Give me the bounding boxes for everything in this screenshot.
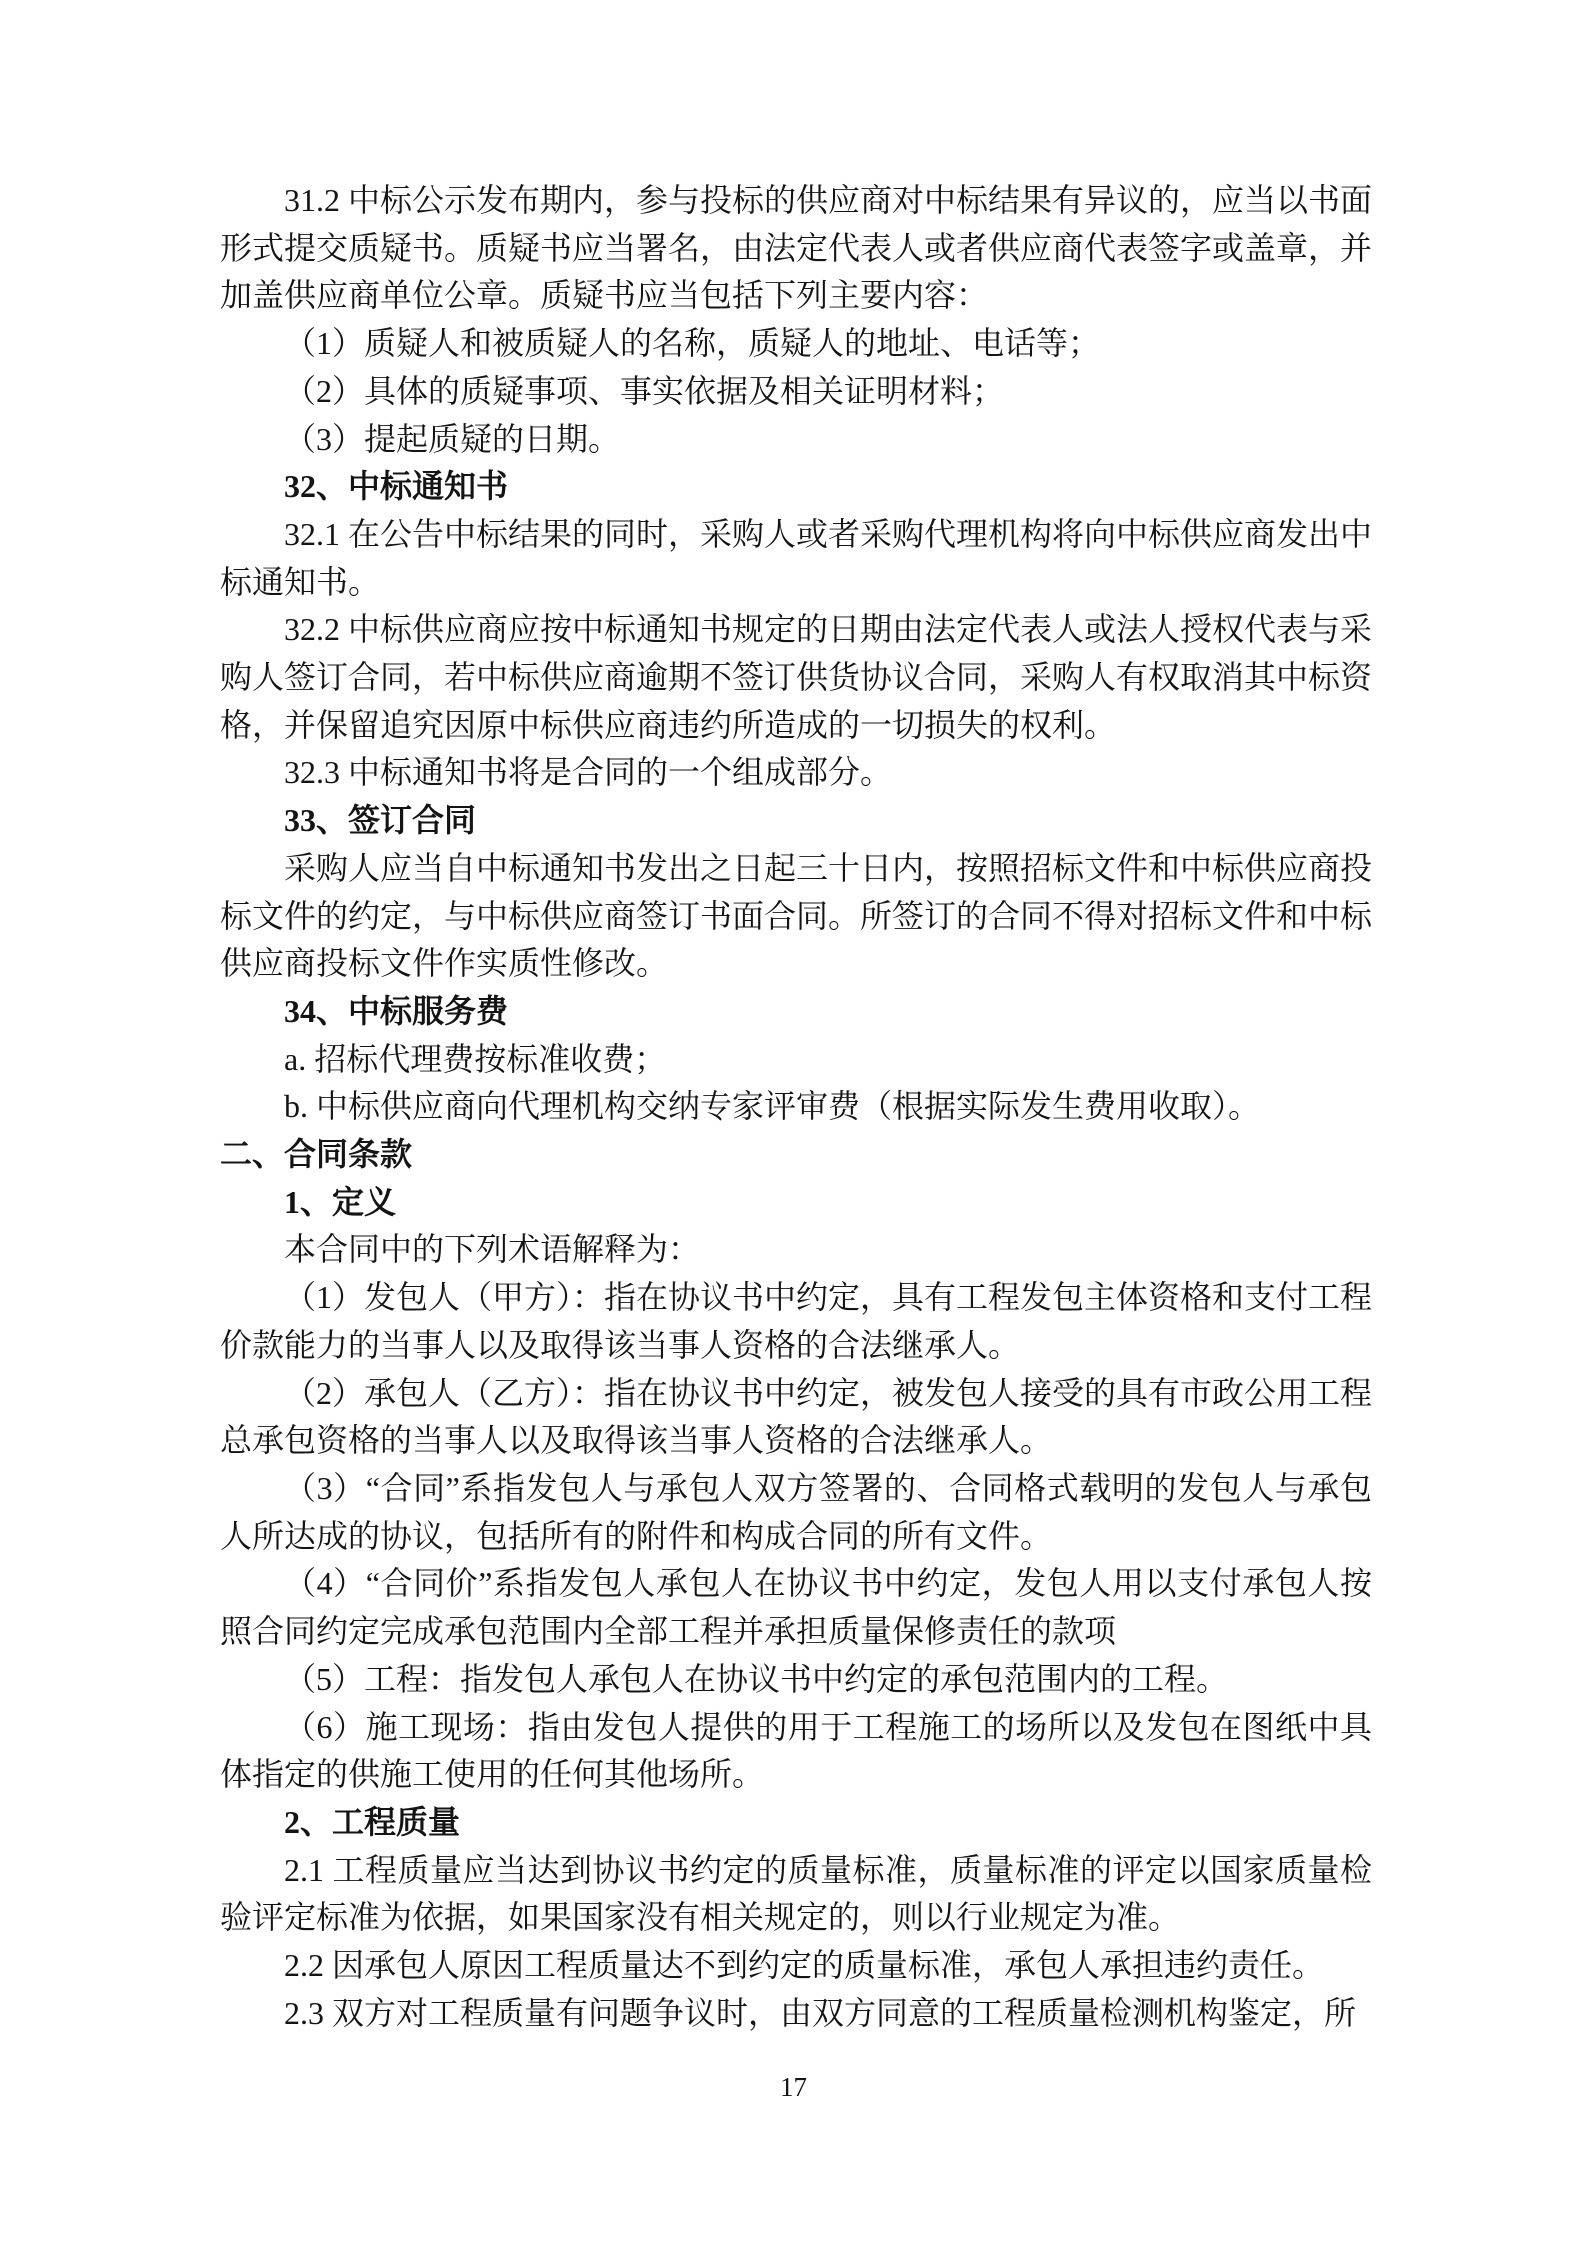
page-number: 17 — [780, 2072, 807, 2102]
paragraph: （1）发包人（甲方）：指在协议书中约定，具有工程发包主体资格和支付工程价款能力的… — [220, 1274, 1372, 1369]
paragraph: （5）工程：指发包人承包人在协议书中约定的承包范围内的工程。 — [220, 1656, 1372, 1704]
paragraph: 32.1 在公告中标结果的同时，采购人或者采购代理机构将向中标供应商发出中标通知… — [220, 511, 1372, 606]
section-heading: 二、合同条款 — [220, 1131, 1372, 1179]
paragraph: （3）“合同”系指发包人与承包人双方签署的、合同格式载明的发包人与承包人所达成的… — [220, 1465, 1372, 1560]
paragraph: b. 中标供应商向代理机构交纳专家评审费（根据实际发生费用收取）。 — [220, 1083, 1372, 1131]
paragraph: （3）提起质疑的日期。 — [220, 416, 1372, 464]
page-footer: 17 — [0, 2072, 1587, 2103]
paragraph: 2.1 工程质量应当达到协议书约定的质量标准，质量标准的评定以国家质量检验评定标… — [220, 1847, 1372, 1942]
paragraph: （2）承包人（乙方）：指在协议书中约定，被发包人接受的具有市政公用工程总承包资格… — [220, 1370, 1372, 1465]
paragraph: （1）质疑人和被质疑人的名称，质疑人的地址、电话等； — [220, 320, 1372, 368]
paragraph: （2）具体的质疑事项、事实依据及相关证明材料； — [220, 368, 1372, 416]
paragraph: 2.2 因承包人原因工程质量达不到约定的质量标准，承包人承担违约责任。 — [220, 1942, 1372, 1990]
section-heading: 2、工程质量 — [220, 1799, 1372, 1847]
section-heading: 34、中标服务费 — [220, 988, 1372, 1036]
paragraph: （6）施工现场：指由发包人提供的用于工程施工的场所以及发包在图纸中具体指定的供施… — [220, 1704, 1372, 1799]
paragraph: 32.2 中标供应商应按中标通知书规定的日期由法定代表人或法人授权代表与采购人签… — [220, 606, 1372, 749]
section-heading: 1、定义 — [220, 1179, 1372, 1227]
section-heading: 33、签订合同 — [220, 797, 1372, 845]
document-body: 31.2 中标公示发布期内，参与投标的供应商对中标结果有异议的，应当以书面形式提… — [220, 177, 1372, 2037]
section-heading: 32、中标通知书 — [220, 463, 1372, 511]
paragraph: （4）“合同价”系指发包人承包人在协议书中约定，发包人用以支付承包人按照合同约定… — [220, 1560, 1372, 1655]
paragraph: 32.3 中标通知书将是合同的一个组成部分。 — [220, 749, 1372, 797]
paragraph: 31.2 中标公示发布期内，参与投标的供应商对中标结果有异议的，应当以书面形式提… — [220, 177, 1372, 320]
paragraph: 采购人应当自中标通知书发出之日起三十日内，按照招标文件和中标供应商投标文件的约定… — [220, 845, 1372, 988]
document-page: 31.2 中标公示发布期内，参与投标的供应商对中标结果有异议的，应当以书面形式提… — [0, 0, 1587, 2245]
paragraph: 2.3 双方对工程质量有问题争议时，由双方同意的工程质量检测机构鉴定，所 — [220, 1990, 1372, 2038]
paragraph: a. 招标代理费按标准收费； — [220, 1036, 1372, 1084]
paragraph: 本合同中的下列术语解释为： — [220, 1226, 1372, 1274]
